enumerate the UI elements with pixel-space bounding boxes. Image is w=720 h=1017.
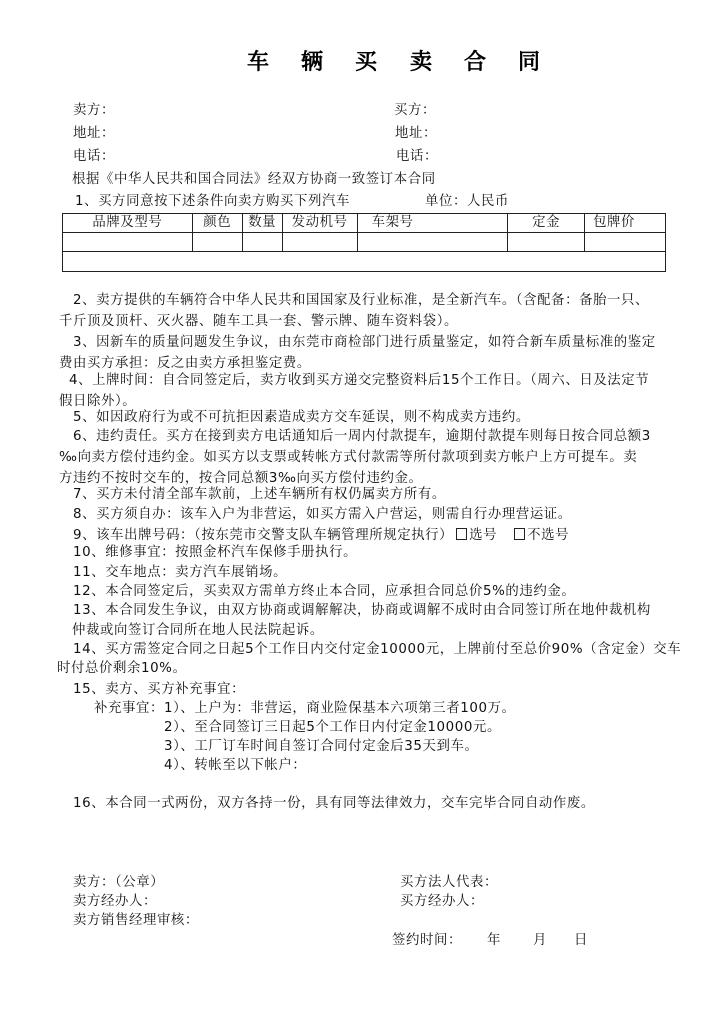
clause-12: 12、本合同签定后，买卖双方需单方终止本合同，应承担合同总价5%的违约金。 bbox=[73, 585, 575, 598]
cell-summary[interactable] bbox=[63, 252, 666, 272]
option-choose-number: 选号 bbox=[469, 528, 497, 543]
clause-6-line-3: 方违约不按时交车的，按合同总额3‰向买方偿付违约金。 bbox=[59, 472, 422, 485]
clause-3-line-1: 3、因新车的质量问题发生争议，由东莞市商检部门进行质量鉴定，如符合新车质量标准的… bbox=[73, 336, 656, 349]
cell-brand-model[interactable] bbox=[63, 233, 193, 252]
preamble: 根据《中华人民共和国合同法》经双方协商一致签订本合同 bbox=[72, 173, 436, 186]
clause-1: 1、买方同意按下述条件向卖方购买下列汽车 bbox=[75, 195, 350, 208]
clause-8: 8、买方须自办：该车入户为非营运，如买方需入户营运，则需自行办理营运证。 bbox=[73, 508, 572, 521]
header-quantity: 数量 bbox=[242, 214, 282, 233]
supplementary-item-2: 2）、至合同签订三日起5个工作日内付定金10000元。 bbox=[164, 721, 501, 734]
clause-6-line-1: 6、违约责任。买方在接到卖方电话通知后一周内付款提车，逾期付款提车则每日按合同总… bbox=[73, 430, 651, 443]
clause-14-line-2: 时付总价剩余10%。 bbox=[57, 662, 187, 675]
title-char: 车 bbox=[247, 52, 269, 74]
table-header-row: 品牌及型号 颜色 数量 发动机号 车架号 定金 包牌价 bbox=[63, 214, 666, 233]
clause-7: 7、买方未付清全部车款前，上述车辆所有权仍属卖方所有。 bbox=[73, 488, 446, 501]
cell-frame-no[interactable] bbox=[357, 233, 508, 252]
cell-package-price[interactable] bbox=[585, 233, 666, 252]
sign-year: 年 bbox=[487, 934, 501, 947]
clause-13-line-1: 13、本合同发生争议，由双方协商或调解解决，协商或调解不成时由合同签订所在地仲裁… bbox=[73, 604, 651, 617]
cell-engine-no[interactable] bbox=[282, 233, 357, 252]
header-package-price: 包牌价 bbox=[585, 214, 666, 233]
option-no-choose-number: 不选号 bbox=[527, 528, 569, 543]
header-frame-no: 车架号 bbox=[357, 214, 508, 233]
seller-address-label: 地址： bbox=[73, 127, 115, 140]
header-color: 颜色 bbox=[192, 214, 242, 233]
buyer-agent-label: 买方经办人： bbox=[400, 895, 484, 908]
clause-5: 5、如因政府行为或不可抗拒因素造成卖方交车延误，则不构成卖方违约。 bbox=[73, 411, 530, 424]
title-char: 卖 bbox=[410, 52, 432, 74]
clause-4-line-2: 假日除外）。 bbox=[59, 395, 136, 408]
supplementary-item-3: 3）、工厂订车时间自签订合同付定金后35天到车。 bbox=[164, 740, 478, 753]
clause-2-line-2: 千斤顶及顶杆、灭火器、随车工具一套、警示牌、随车资料袋）。 bbox=[59, 315, 458, 328]
clause-11: 11、交车地点：卖方汽车展销场。 bbox=[73, 566, 287, 579]
title-char: 辆 bbox=[301, 52, 323, 74]
seller-seal-label: 卖方：（公章） bbox=[73, 876, 164, 889]
buyer-phone-label: 电话： bbox=[396, 150, 438, 163]
seller-phone-label: 电话： bbox=[73, 150, 115, 163]
currency-unit: 单位：人民币 bbox=[425, 195, 509, 208]
sign-day: 日 bbox=[574, 934, 588, 947]
clause-9-text: 9、该车出牌号码：（按东莞市交警支队车辆管理所规定执行） bbox=[73, 528, 453, 543]
clause-9: 9、该车出牌号码：（按东莞市交警支队车辆管理所规定执行）选号不选号 bbox=[73, 528, 569, 542]
cell-quantity[interactable] bbox=[242, 233, 282, 252]
seller-label: 卖方： bbox=[73, 104, 115, 117]
clause-14-line-1: 14、买方需签定合同之日起5个工作日内交付定金10000元，上牌前付至总价90%… bbox=[73, 643, 681, 656]
title-char: 同 bbox=[518, 52, 540, 74]
checkbox-choose-number[interactable] bbox=[456, 528, 467, 540]
seller-agent-label: 卖方经办人： bbox=[73, 895, 157, 908]
buyer-rep-label: 买方法人代表： bbox=[400, 876, 498, 889]
cell-deposit[interactable] bbox=[508, 233, 585, 252]
clause-10: 10、维修事宜：按照金杯汽车保修手册执行。 bbox=[73, 546, 357, 559]
clause-13-line-2: 仲裁或向签订合同所在地人民法院起诉。 bbox=[72, 624, 324, 637]
clause-6-line-2: ‰向卖方偿付违约金。如买方以支票或转帐方式付款需等所付款项到卖方帐户上方可提车。… bbox=[59, 451, 637, 464]
title-char: 合 bbox=[464, 52, 486, 74]
seller-manager-label: 卖方销售经理审核： bbox=[73, 914, 199, 927]
clause-15: 15、卖方、买方补充事宜： bbox=[73, 683, 245, 696]
buyer-address-label: 地址： bbox=[395, 127, 437, 140]
header-deposit: 定金 bbox=[508, 214, 585, 233]
table-summary-row bbox=[63, 252, 666, 272]
sign-date-label: 签约时间： bbox=[392, 934, 462, 947]
clause-2-line-1: 2、卖方提供的车辆符合中华人民共和国国家及行业标准，是全新汽车。（含配备：备胎一… bbox=[73, 294, 649, 307]
checkbox-no-choose-number[interactable] bbox=[514, 528, 525, 540]
goods-table: 品牌及型号 颜色 数量 发动机号 车架号 定金 包牌价 bbox=[62, 213, 666, 272]
cell-color[interactable] bbox=[192, 233, 242, 252]
clause-3-line-2: 费由买方承担：反之由卖方承担鉴定费。 bbox=[59, 357, 311, 370]
clause-16: 16、本合同一式两份，双方各持一份，具有同等法律效力，交车完毕合同自动作废。 bbox=[73, 797, 595, 810]
table-row bbox=[63, 233, 666, 252]
header-engine-no: 发动机号 bbox=[282, 214, 357, 233]
supplementary-label: 补充事宜： bbox=[94, 702, 164, 715]
supplementary-item-1: 1）、上户为：非营运，商业险保基本六项第三者100万。 bbox=[164, 702, 516, 715]
sign-month: 月 bbox=[533, 934, 547, 947]
clause-4-line-1: 4、上牌时间：自合同签定后，卖方收到买方递交完整资料后15个工作日。（周六、日及… bbox=[69, 374, 649, 387]
supplementary-item-4: 4）、转帐至以下帐户： bbox=[164, 759, 306, 772]
title-char: 买 bbox=[355, 52, 377, 74]
header-brand-model: 品牌及型号 bbox=[63, 214, 193, 233]
buyer-label: 买方： bbox=[394, 104, 436, 117]
